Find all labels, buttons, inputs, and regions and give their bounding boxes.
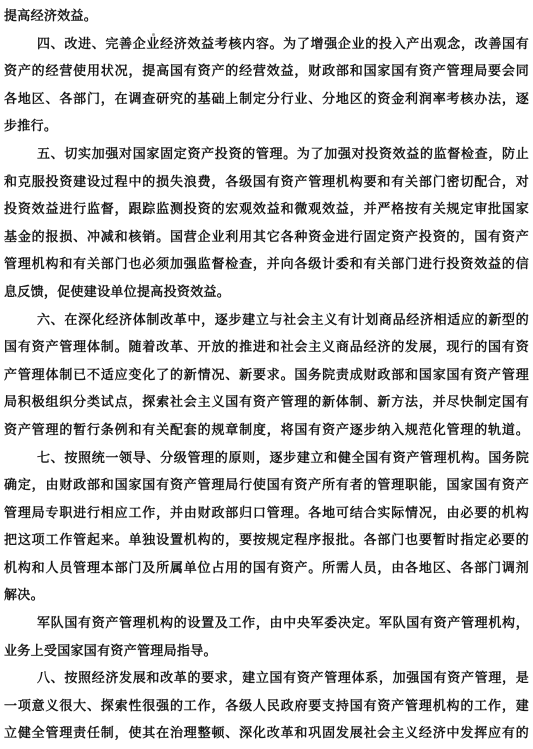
text-line: 五、切实加强对国家固定资产投资的管理。为了加强对投资效益的监督检查，防止: [4, 140, 529, 168]
text-line: 立健全管理责任制，使其在治理整顿、深化改革和巩固发展社会主义经济中发挥应有的: [4, 719, 529, 747]
text-line: 八、按照经济发展和改革的要求，建立国有资产管理体系，加强国有资产管理，是: [4, 664, 529, 692]
text-line: 业务上受国家国有资产管理局指导。: [4, 637, 529, 665]
text-line: 资产的经营使用状况，提高国有资产的经营效益，财政部和国家国有资产管理局要会同: [4, 57, 529, 85]
scan-speck: [7, 174, 11, 178]
text-line: 资产管理的暂行条例和有关配套的规章制度，将国有资产逐步纳入规范化管理的轨道。: [4, 416, 529, 444]
text-line: 把这项工作管起来。单独设置机构的，要按规定程序报批。各部门也要暂时指定必要的: [4, 526, 529, 554]
text-line: 一项意义很大、探索性很强的工作，各级人民政府要支持国有资产管理机构的工作，建: [4, 692, 529, 720]
text-line: 提高经济效益。: [4, 2, 529, 30]
text-line: 军队国有资产管理机构的设置及工作，由中央军委决定。军队国有资产管理机构，在: [4, 609, 529, 637]
text-line: 步推行。: [4, 112, 529, 140]
text-line: 解决。: [4, 581, 529, 609]
text-line: 息反馈，促使建设单位提高投资效益。: [4, 278, 529, 306]
text-line: 基金的报损、冲减和核销。国营企业利用其它各种资金进行固定资产投资的，国有资产: [4, 223, 529, 251]
text-line: 机构和人员管理本部门及所属单位占用的国有资产。所需人员，由各地区、各部门调剂: [4, 554, 529, 582]
text-line: 和克服投资建设过程中的损失浪费，各级国有资产管理机构要和有关部门密切配合，对: [4, 168, 529, 196]
text-line: 投资效益进行监督，跟踪监测投资的宏观效益和微观效益，并严格按有关规定审批国家: [4, 195, 529, 223]
text-line: 国有资产管理体制。随着改革、开放的推进和社会主义商品经济的发展，现行的国有资: [4, 333, 529, 361]
text-line: 确定，由财政部和国家国有资产管理局行使国有资产所有者的管理职能，国家国有资产: [4, 471, 529, 499]
text-line: 六、在深化经济体制改革中，逐步建立与社会主义有计划商品经济相适应的新型的: [4, 306, 529, 334]
text-line: 产管理体制已不适应变化了的新情况、新要求。国务院责成财政部和国家国有资产管理: [4, 361, 529, 389]
text-line: 局积极组织分类试点，探索社会主义国有资产管理的新体制、新方法，并尽快制定国有: [4, 388, 529, 416]
text-line: 各地区、各部门，在调查研究的基础上制定分行业、分地区的资金利润率考核办法，逐: [4, 85, 529, 113]
text-line: 七、按照统一领导、分级管理的原则，逐步建立和健全国有资产管理机构。国务院: [4, 444, 529, 472]
scan-speck: [42, 179, 45, 182]
document-page: 提高经济效益。 四、改进、完善企业经济效益考核内容。为了增强企业的投入产出观念，…: [0, 0, 533, 749]
text-line: 管理机构和有关部门也必须加强监督检查，并向各级计委和有关部门进行投资效益的信: [4, 250, 529, 278]
scan-speck: [152, 33, 155, 36]
text-line: 管理局专职进行相应工作，并由财政部归口管理。各地可结合实际情况，由必要的机构: [4, 499, 529, 527]
text-line: 四、改进、完善企业经济效益考核内容。为了增强企业的投入产出观念，改善国有: [4, 30, 529, 58]
